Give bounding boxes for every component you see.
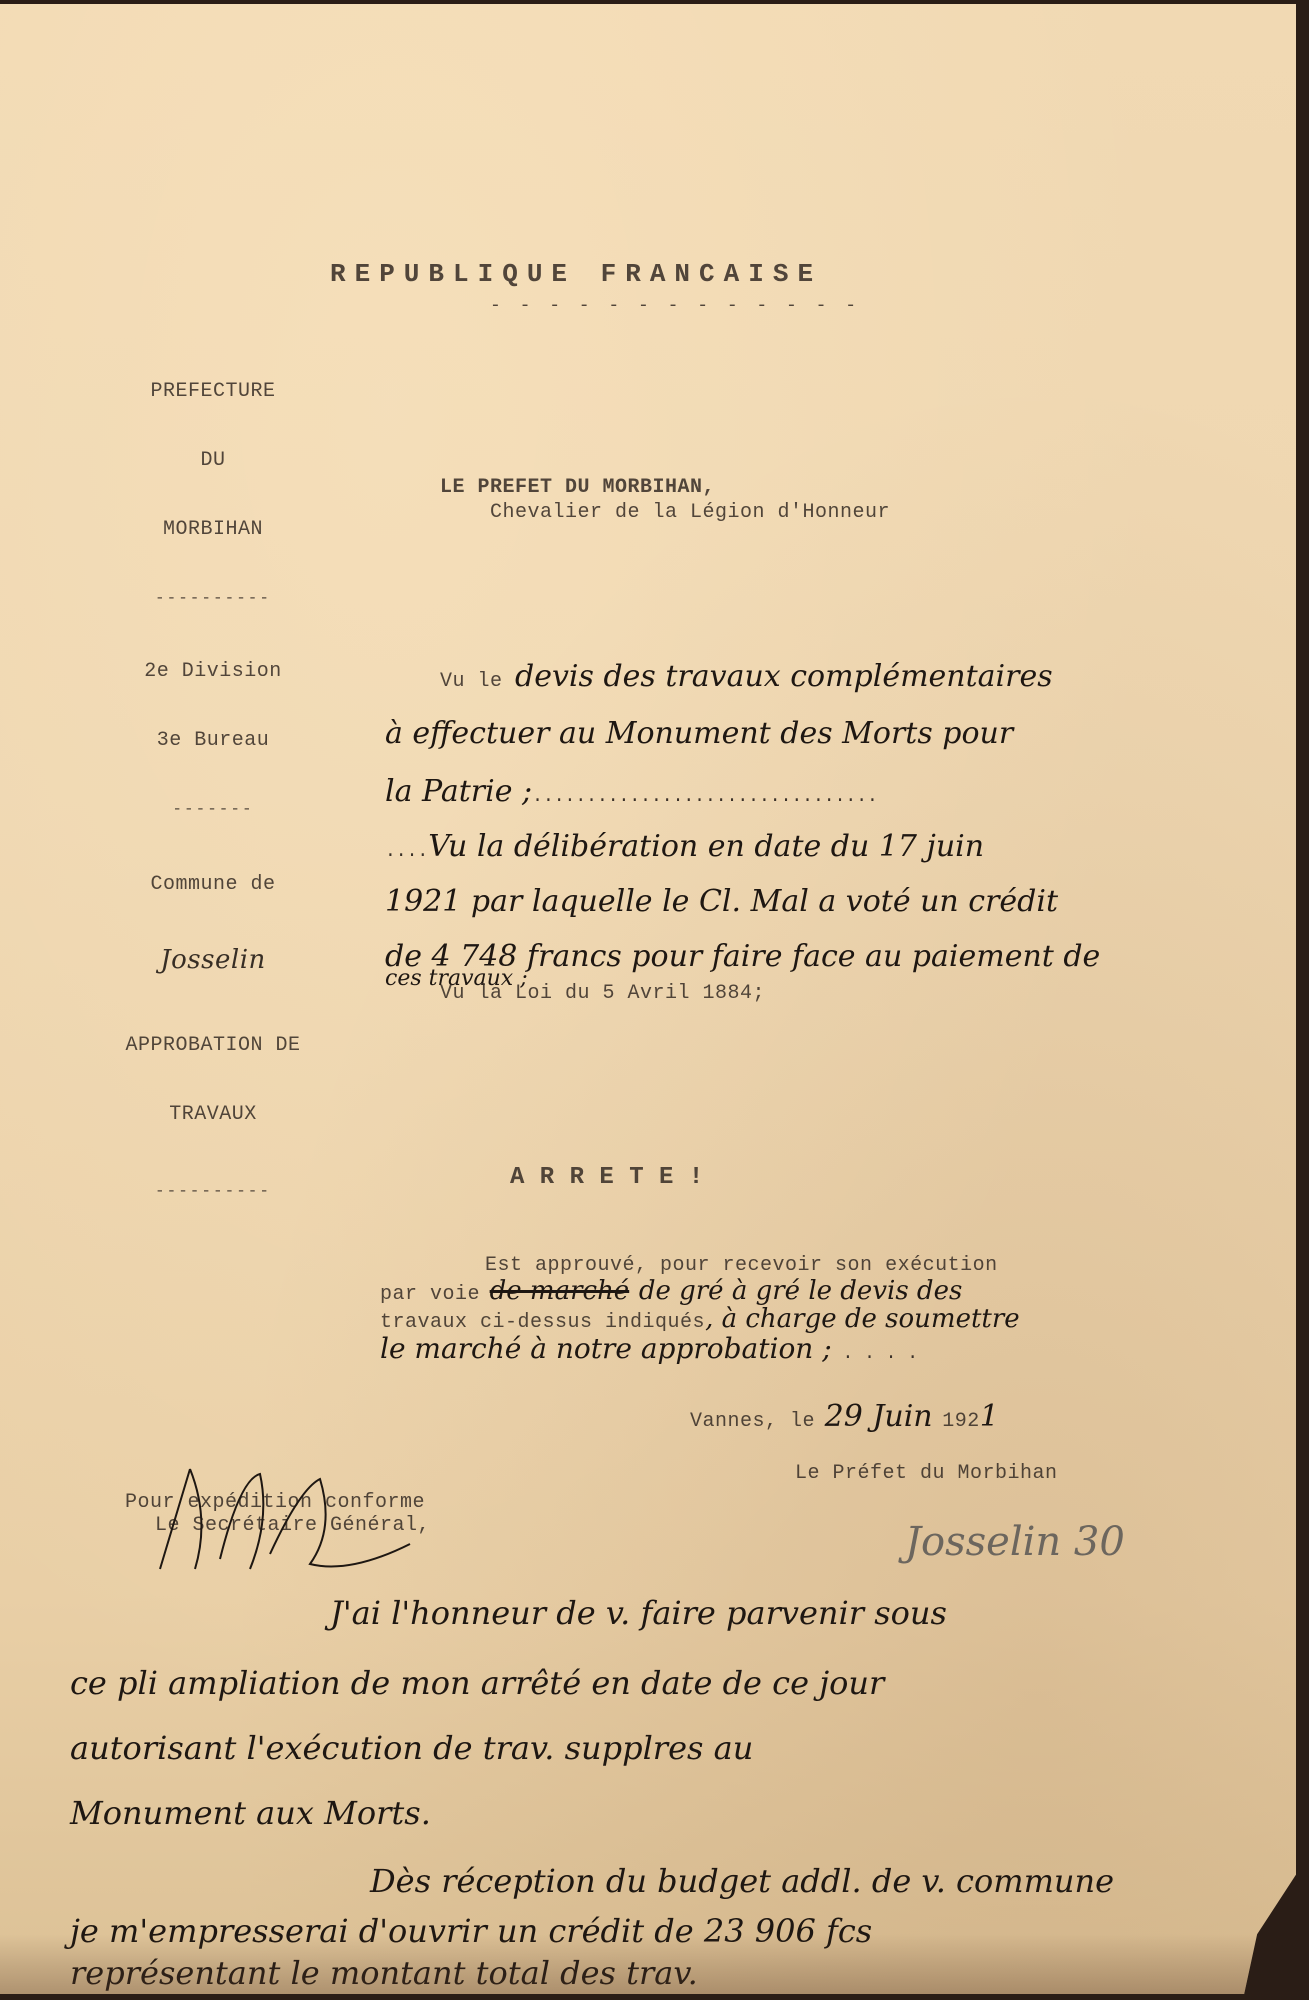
handwritten-line: 1921 par laquelle le Cl. Mal a voté un c… xyxy=(385,884,1058,919)
letter-line: J'ai l'honneur de v. faire parvenir sous xyxy=(330,1594,947,1632)
issuer-subtitle: Chevalier de la Légion d'Honneur xyxy=(490,501,890,524)
sidebar-line: TRAVAUX xyxy=(88,1103,338,1126)
dotted-fill: ................................ xyxy=(532,787,878,807)
divider: ---------- xyxy=(88,587,338,610)
handwritten-text: le marché à notre approbation ; xyxy=(380,1332,832,1365)
letter-line: Dès réception du budget addl. de v. comm… xyxy=(370,1862,1114,1900)
prefecture-block: PREFECTURE DU MORBIHAN ---------- 2e Div… xyxy=(88,334,338,1249)
typed-text: travaux ci-dessus indiqués xyxy=(380,1311,705,1334)
sidebar-line: MORBIHAN xyxy=(88,518,338,541)
document-page: REPUBLIQUE FRANCAISE - - - - - - - - - -… xyxy=(0,4,1296,1994)
letter-line: autorisant l'exécution de trav. supplres… xyxy=(70,1729,753,1767)
handwritten-text: Vu la délibération en date du 17 juin xyxy=(428,829,984,864)
pencil-annotation: Josselin 30 xyxy=(905,1519,1125,1565)
divider: ---------- xyxy=(88,1180,338,1203)
handwritten-text: devis des travaux complémentaires xyxy=(515,659,1053,694)
sidebar-line: 2e Division xyxy=(88,660,338,683)
decree-body-line: le marché à notre approbation ; . . . . xyxy=(380,1332,918,1365)
typed-text: Vu le xyxy=(440,670,515,693)
typed-line: Vu la Loi du 5 Avril 1884; xyxy=(440,982,765,1005)
year-typed: 192 xyxy=(942,1410,980,1433)
decree-body-line: Est approuvé, pour recevoir son exécutio… xyxy=(485,1254,998,1277)
letter-line: Monument aux Morts. xyxy=(70,1794,431,1832)
handwritten-text: de gré à gré le devis des xyxy=(639,1276,963,1306)
year-handwritten: 1 xyxy=(980,1399,999,1434)
dotted-fill: .... xyxy=(385,842,428,862)
struck-text: de marché xyxy=(490,1276,630,1306)
header-title: REPUBLIQUE FRANCAISE xyxy=(330,259,822,289)
sidebar-line: PREFECTURE xyxy=(88,380,338,403)
sidebar-line: 3e Bureau xyxy=(88,729,338,752)
header-rule: - - - - - - - - - - - - - xyxy=(490,296,860,316)
sidebar-line: Commune de xyxy=(88,873,338,896)
letter-line: je m'empresserai d'ouvrir un crédit de 2… xyxy=(70,1912,872,1950)
handwritten-text: , à charge de soumettre xyxy=(705,1304,1020,1334)
decree-body-line: travaux ci-dessus indiqués, à charge de … xyxy=(380,1304,1020,1334)
decree-body-line: par voie de marché de gré à gré le devis… xyxy=(380,1276,962,1306)
commune-name-handwritten: Josselin xyxy=(88,942,338,978)
divider: ------- xyxy=(88,798,338,821)
date-handwritten: 29 Juin xyxy=(825,1399,933,1434)
sidebar-line: APPROBATION DE xyxy=(88,1034,338,1057)
letter-line: représentant le montant total des trav. xyxy=(70,1954,698,1992)
issuer-title: LE PREFET DU MORBIHAN, xyxy=(440,476,715,499)
signatory-title: Le Préfet du Morbihan xyxy=(795,1462,1058,1485)
typed-text: par voie xyxy=(380,1283,480,1306)
consideration-line: la Patrie ;.............................… xyxy=(385,774,878,809)
decree-heading: A R R E T E ! xyxy=(510,1164,704,1191)
place-date-line: Vannes, le 29 Juin 1921 xyxy=(690,1399,999,1434)
consideration-line: ....Vu la délibération en date du 17 jui… xyxy=(385,829,984,864)
letter-line: ce pli ampliation de mon arrêté en date … xyxy=(70,1664,884,1702)
handwritten-line: à effectuer au Monument des Morts pour xyxy=(385,716,1013,751)
dotted-fill: . . . . xyxy=(832,1344,918,1364)
typed-text: Vannes, le xyxy=(690,1410,815,1433)
secretary-signature xyxy=(150,1459,430,1579)
handwritten-text: la Patrie ; xyxy=(385,774,532,809)
sidebar-line: DU xyxy=(88,449,338,472)
consideration-line: Vu le devis des travaux complémentaires xyxy=(440,659,1053,694)
